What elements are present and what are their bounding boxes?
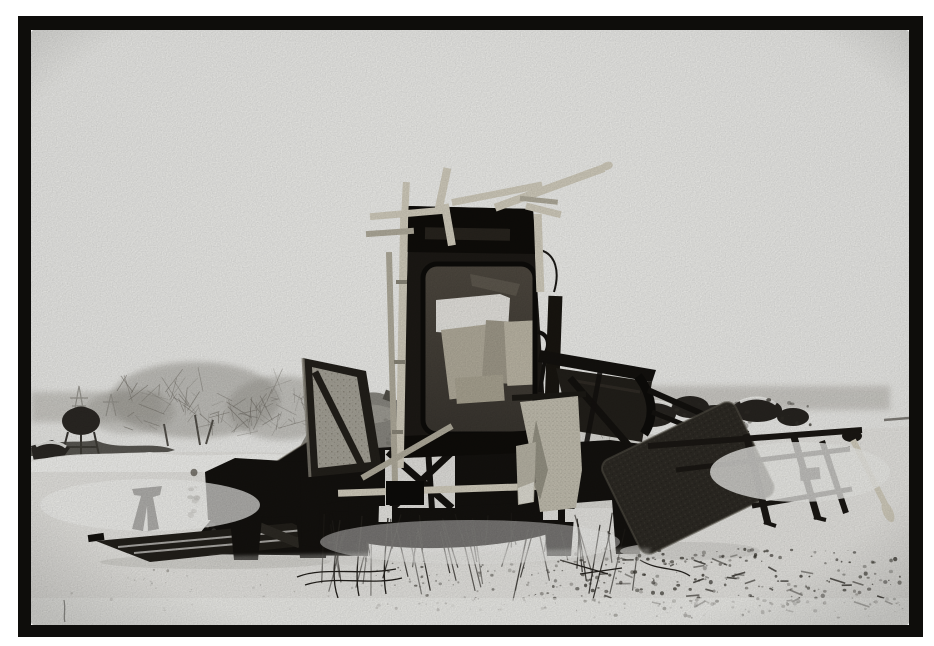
- photo-canvas: [0, 0, 934, 646]
- film-grain-overlay: [31, 30, 909, 625]
- photo-print-page: [0, 0, 934, 646]
